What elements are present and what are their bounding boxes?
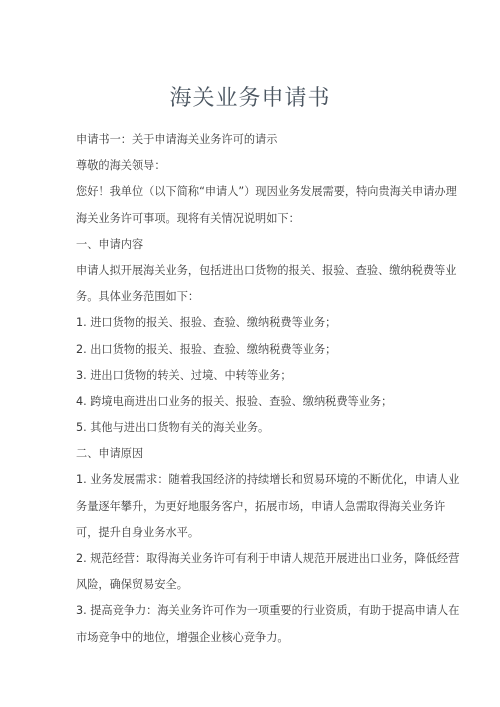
- subtitle-line: 申请书一：关于申请海关业务许可的请示: [76, 127, 436, 153]
- scope-list-item: 1. 进口货物的报关、报验、查验、缴纳税费等业务；: [76, 310, 436, 336]
- reason-list-item-continued: 可，提升自身业务水平。: [76, 520, 436, 546]
- section-heading-application-reasons: 二、申请原因: [76, 441, 436, 467]
- reason-list-item-continued: 市场竞争中的地位，增强企业核心竞争力。: [76, 625, 436, 651]
- scope-list-item: 2. 出口货物的报关、报验、查验、缴纳税费等业务；: [76, 337, 436, 363]
- reason-list-item: 2. 规范经营：取得海关业务许可有利于申请人规范开展进出口业务，降低经营: [76, 546, 436, 572]
- content-paragraph-line: 申请人拟开展海关业务，包括进出口货物的报关、报验、查验、缴纳税费等业: [76, 258, 436, 284]
- document-page: 海关业务申请书 申请书一：关于申请海关业务许可的请示 尊敬的海关领导： 您好！我…: [0, 0, 500, 707]
- reason-list-item-continued: 务量逐年攀升，为更好地服务客户，拓展市场，申请人急需取得海关业务许: [76, 494, 436, 520]
- section-heading-application-content: 一、申请内容: [76, 232, 436, 258]
- content-paragraph-line: 务。具体业务范围如下：: [76, 284, 436, 310]
- scope-list-item: 4. 跨境电商进出口业务的报关、报验、查验、缴纳税费等业务；: [76, 389, 436, 415]
- intro-paragraph-line: 您好！我单位（以下简称“申请人”）现因业务发展需要，特向贵海关申请办理: [76, 179, 436, 205]
- reason-list-item-continued: 风险，确保贸易安全。: [76, 572, 436, 598]
- reason-list-item: 3. 提高竞争力：海关业务许可作为一项重要的行业资质，有助于提高申请人在: [76, 598, 436, 624]
- reason-list-item: 1. 业务发展需求：随着我国经济的持续增长和贸易环境的不断优化，申请人业: [76, 467, 436, 493]
- scope-list-item: 5. 其他与进出口货物有关的海关业务。: [76, 415, 436, 441]
- scope-list-item: 3. 进出口货物的转关、过境、中转等业务；: [76, 363, 436, 389]
- salutation-line: 尊敬的海关领导：: [76, 153, 436, 179]
- document-body: 申请书一：关于申请海关业务许可的请示 尊敬的海关领导： 您好！我单位（以下简称“…: [76, 127, 436, 651]
- document-title: 海关业务申请书: [0, 84, 500, 114]
- intro-paragraph-line: 海关业务许可事项。现将有关情况说明如下：: [76, 206, 436, 232]
